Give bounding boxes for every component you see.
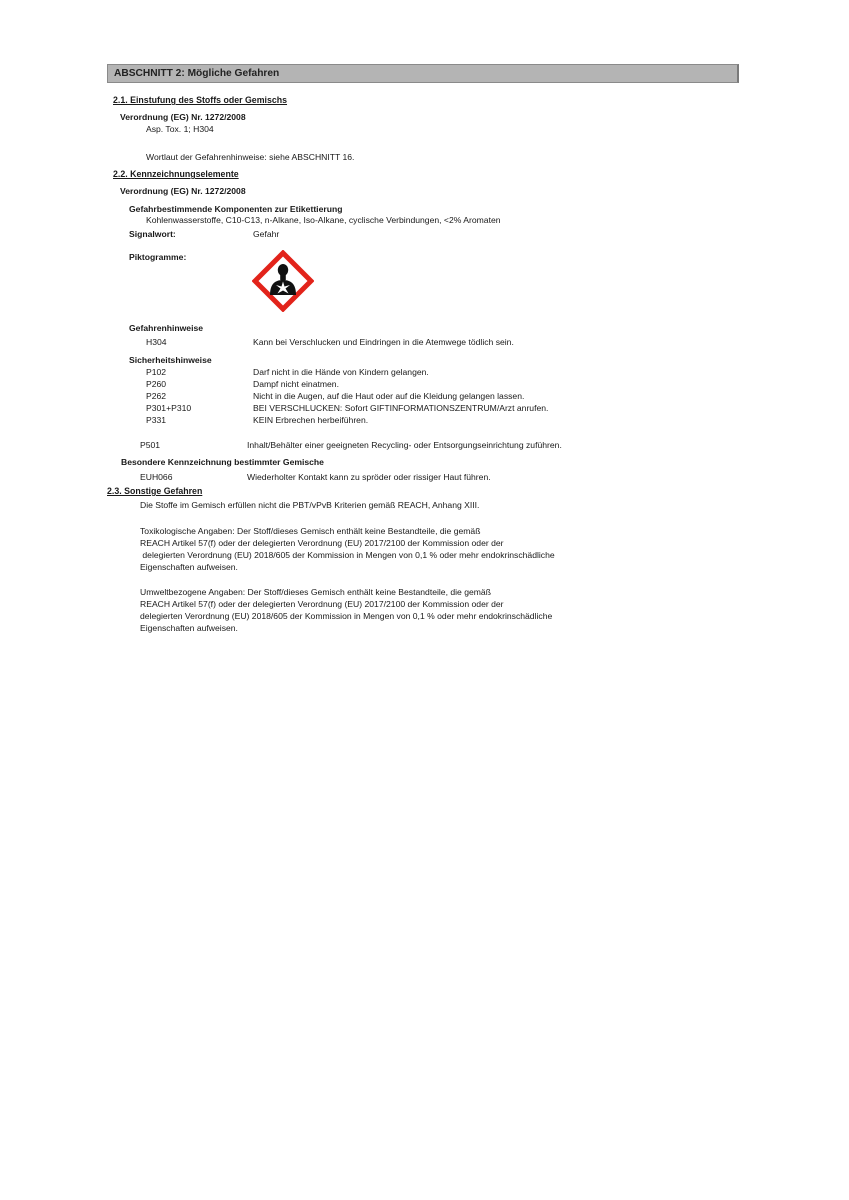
safety-text: KEIN Erbrechen herbeiführen. bbox=[253, 415, 368, 426]
hazard-statements-label: Gefahrenhinweise bbox=[129, 323, 203, 334]
safety-text: Darf nicht in die Hände von Kindern gela… bbox=[253, 367, 429, 378]
heading-2-2: 2.2. Kennzeichnungselemente bbox=[113, 169, 239, 180]
section-title: ABSCHNITT 2: Mögliche Gefahren bbox=[114, 68, 279, 79]
special-code: EUH066 bbox=[140, 472, 172, 483]
regulation-2-1: Verordnung (EG) Nr. 1272/2008 bbox=[120, 112, 246, 123]
tox-line: REACH Artikel 57(f) oder der delegierten… bbox=[140, 538, 504, 549]
safety-code: P331 bbox=[146, 415, 166, 426]
tox-line: delegierten Verordnung (EU) 2018/605 der… bbox=[140, 550, 555, 561]
tox-line: Eigenschaften aufweisen. bbox=[140, 562, 238, 573]
pictogram-label: Piktogramme: bbox=[129, 252, 186, 263]
signal-word-value: Gefahr bbox=[253, 229, 279, 240]
env-line: REACH Artikel 57(f) oder der delegierten… bbox=[140, 599, 504, 610]
components-label: Gefahrbestimmende Komponenten zur Etiket… bbox=[129, 204, 342, 215]
env-line: Umweltbezogene Angaben: Der Stoff/dieses… bbox=[140, 587, 491, 598]
hazard-code: H304 bbox=[146, 337, 167, 348]
hazard-text: Kann bei Verschlucken und Eindringen in … bbox=[253, 337, 514, 348]
safety-code: P301+P310 bbox=[146, 403, 191, 414]
special-text: Wiederholter Kontakt kann zu spröder ode… bbox=[247, 472, 491, 483]
safety-code: P260 bbox=[146, 379, 166, 390]
disposal-text: Inhalt/Behälter einer geeigneten Recycli… bbox=[247, 440, 562, 451]
special-label: Besondere Kennzeichnung bestimmter Gemis… bbox=[121, 457, 324, 468]
safety-code: P262 bbox=[146, 391, 166, 402]
pbt-statement: Die Stoffe im Gemisch erfüllen nicht die… bbox=[140, 500, 479, 511]
safety-code: P102 bbox=[146, 367, 166, 378]
safety-text: Nicht in die Augen, auf die Haut oder au… bbox=[253, 391, 524, 402]
ghs08-health-hazard-icon bbox=[252, 250, 314, 312]
components-value: Kohlenwasserstoffe, C10-C13, n-Alkane, I… bbox=[146, 215, 501, 226]
env-line: Eigenschaften aufweisen. bbox=[140, 623, 238, 634]
section-header: ABSCHNITT 2: Mögliche Gefahren bbox=[107, 64, 739, 83]
safety-text: BEI VERSCHLUCKEN: Sofort GIFTINFORMATION… bbox=[253, 403, 548, 414]
safety-text: Dampf nicht einatmen. bbox=[253, 379, 339, 390]
disposal-code: P501 bbox=[140, 440, 160, 451]
heading-2-3: 2.3. Sonstige Gefahren bbox=[107, 486, 202, 497]
heading-2-1: 2.1. Einstufung des Stoffs oder Gemischs bbox=[113, 95, 287, 106]
env-line: delegierten Verordnung (EU) 2018/605 der… bbox=[140, 611, 552, 622]
signal-word-label: Signalwort: bbox=[129, 229, 176, 240]
safety-statements-label: Sicherheitshinweise bbox=[129, 355, 212, 366]
tox-line: Toxikologische Angaben: Der Stoff/dieses… bbox=[140, 526, 480, 537]
classification: Asp. Tox. 1; H304 bbox=[146, 124, 214, 135]
wording-note: Wortlaut der Gefahrenhinweise: siehe ABS… bbox=[146, 152, 354, 163]
regulation-2-2: Verordnung (EG) Nr. 1272/2008 bbox=[120, 186, 246, 197]
